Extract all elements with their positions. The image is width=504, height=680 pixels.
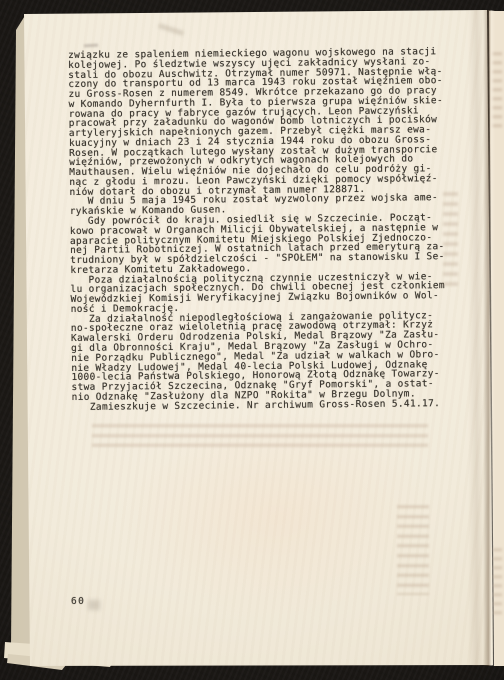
ink-smudge bbox=[84, 44, 98, 48]
photo-of-book-page: związku ze spaleniem niemieckiego wagonu… bbox=[0, 0, 504, 680]
show-through-text-margin bbox=[443, 192, 458, 292]
paper-smudge bbox=[88, 600, 100, 610]
page-gap-shadow bbox=[483, 10, 495, 666]
paper-scratch bbox=[158, 23, 184, 36]
book-page: związku ze spaleniem niemieckiego wagonu… bbox=[0, 0, 504, 680]
page-number: 60 bbox=[71, 596, 85, 607]
show-through-text-column bbox=[397, 505, 429, 595]
body-text: związku ze spaleniem niemieckiego wagonu… bbox=[68, 47, 454, 412]
show-through-text-block bbox=[92, 424, 428, 451]
body-line: Zamieszkuje w Szczecinie. Nr archiwum Gr… bbox=[72, 399, 454, 413]
page-crease-shadow bbox=[468, 10, 484, 666]
